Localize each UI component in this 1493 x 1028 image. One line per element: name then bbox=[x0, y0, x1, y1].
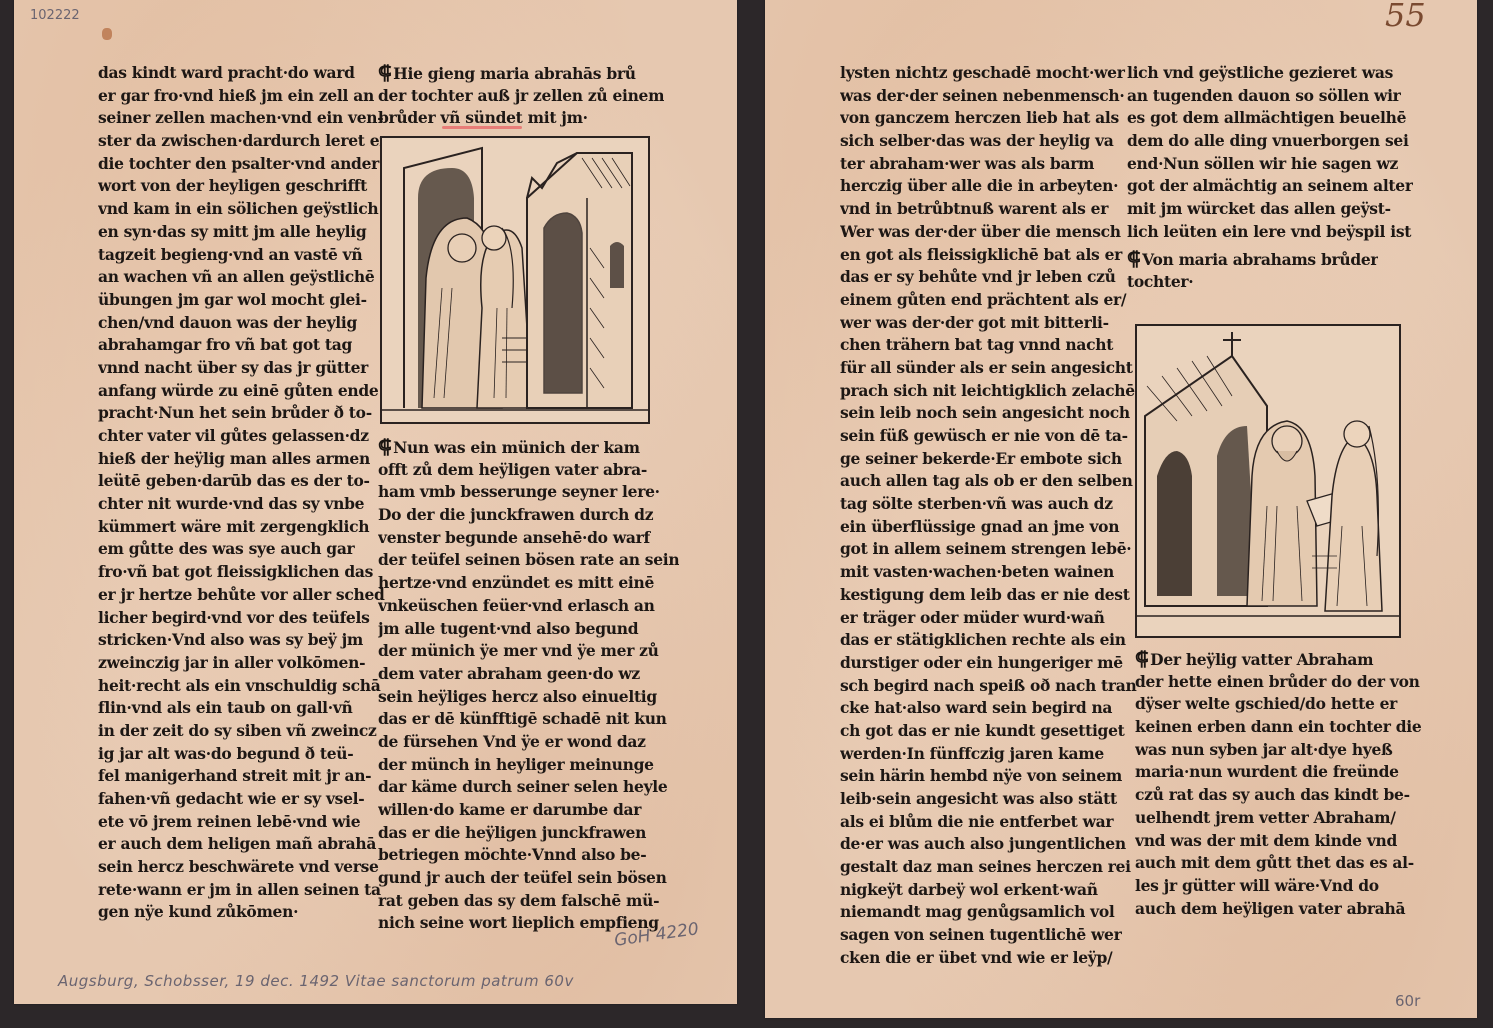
text-line: en syn·das sy mitt jm alle heylig bbox=[98, 221, 387, 244]
text-line: fro·vñ bat got fleissigklichen das bbox=[98, 561, 387, 584]
text-line: der teüfel seinen bösen rate an sein bbox=[378, 549, 679, 572]
text-line: chter nit wurde·vnd das sy vnbe bbox=[98, 493, 387, 516]
text-line: an tugenden dauon so söllen wir bbox=[1127, 85, 1413, 108]
text-line: sich selber·das was der heylig va bbox=[840, 130, 1137, 153]
text-line: pracht·Nun het sein brůder ð to- bbox=[98, 402, 387, 425]
text-line: was nun syben jar alt·dye hyeß bbox=[1135, 739, 1421, 762]
text-line: end·Nun söllen wir hie sagen wz bbox=[1127, 153, 1413, 176]
text-line: es got dem allmächtigen beuelhē bbox=[1127, 107, 1413, 130]
text-line: sein leib noch sein angesicht noch bbox=[840, 402, 1137, 425]
text-line: von ganczem herczen lieb hat als bbox=[840, 107, 1137, 130]
text-line: keinen erben dann ein tochter die bbox=[1135, 716, 1421, 739]
text-line: tochter· bbox=[1127, 271, 1378, 294]
text-line: seiner zellen machen·vnd ein ven- bbox=[98, 107, 387, 130]
text-line: rat geben das sy dem falschē mü- bbox=[378, 890, 679, 913]
text-line: gund jr auch der teüfel sein bösen bbox=[378, 867, 679, 890]
text-line: nigkeÿt darbeÿ wol erkent·wañ bbox=[840, 879, 1137, 902]
left-page-column-1: das kindt ward pracht·do warder gar fro·… bbox=[98, 62, 387, 924]
text-line: Wer was der·der über die mensch bbox=[840, 221, 1137, 244]
provenance-note: Augsburg, Schobsser, 19 dec. 1492 Vitae … bbox=[58, 972, 574, 990]
text-line: er träger oder müder wurd·wañ bbox=[840, 607, 1137, 630]
text-line: sein hercz beschwärete vnd verse bbox=[98, 856, 387, 879]
text-line: übungen jm gar wol mocht glei- bbox=[98, 289, 387, 312]
woodcut-illustration-hermit-embrace bbox=[380, 136, 650, 424]
text-line: got der almächtig an seinem alter bbox=[1127, 175, 1413, 198]
text-line: er jr hertze behůte vor aller sched bbox=[98, 584, 387, 607]
text-line: fel manigerhand streit mit jr an- bbox=[98, 765, 387, 788]
text-line: kestigung dem leib das er nie dest bbox=[840, 584, 1137, 607]
text-line: sein füß gewüsch er nie von dē ta- bbox=[840, 425, 1137, 448]
text-line: prach sich nit leichtigklich zelachē bbox=[840, 380, 1137, 403]
text-line: sch begird nach speiß oð nach tran bbox=[840, 675, 1137, 698]
text-line: der hette einen brůder do der von bbox=[1135, 671, 1421, 694]
text-line: ham vmb besserunge seyner lere· bbox=[378, 481, 679, 504]
text-line: got in allem seinem strengen lebē· bbox=[840, 538, 1137, 561]
paragraph-mark-icon: ⸿ bbox=[378, 436, 391, 458]
text-line: willen·do kame er darumbe dar bbox=[378, 799, 679, 822]
folio-pencil-note: 60r bbox=[1395, 992, 1420, 1010]
text-line: auch dem heÿligen vater abrahā bbox=[1135, 898, 1421, 921]
text-line: lich leüten ein lere vnd beÿspil ist bbox=[1127, 221, 1413, 244]
text-line: wort von der heyligen geschrifft bbox=[98, 175, 387, 198]
text-line: de·er was auch also jungentlichen bbox=[840, 833, 1137, 856]
right-page: 55 lysten nichtz geschadē mocht·werwas d… bbox=[765, 0, 1477, 1018]
text-line: herczig über alle die in arbeyten· bbox=[840, 175, 1137, 198]
text-line: vnd was der mit dem kinde vnd bbox=[1135, 830, 1421, 853]
text-line: venster begunde ansehē·do warf bbox=[378, 527, 679, 550]
text-line: zweinczig jar in aller volkōmen- bbox=[98, 652, 387, 675]
text-line: ter abraham·wer was als barm bbox=[840, 153, 1137, 176]
text-line: cke hat·also ward sein begird na bbox=[840, 697, 1137, 720]
text-line: was der·der seinen nebenmensch· bbox=[840, 85, 1137, 108]
text-line: für all sünder als er sein angesicht bbox=[840, 357, 1137, 380]
woodcut-illustration-hermit-and-maria bbox=[1135, 324, 1401, 638]
inventory-number: 102222 bbox=[30, 8, 80, 23]
left-page: 102222 das kindt ward pracht·do warder g… bbox=[14, 0, 737, 1004]
text-line: offt zů dem heÿligen vater abra- bbox=[378, 459, 679, 482]
text-line: ge seiner bekerde·Er embote sich bbox=[840, 448, 1137, 471]
text-line: das er stätigklichen rechte als ein bbox=[840, 629, 1137, 652]
text-line: ster da zwischen·dardurch leret er bbox=[98, 130, 387, 153]
text-line: abrahamgar fro vñ bat got tag bbox=[98, 334, 387, 357]
text-line: ein überflüssige gnad an jme von bbox=[840, 516, 1137, 539]
text-line: maria·nun wurdent die freünde bbox=[1135, 761, 1421, 784]
text-line: die tochter den psalter·vnd ander bbox=[98, 153, 387, 176]
text-line: niemandt mag genůgsamlich vol bbox=[840, 901, 1137, 924]
right-page-column-1: lysten nichtz geschadē mocht·werwas der·… bbox=[840, 62, 1137, 970]
left-page-column-2-body: ⸿Nun was ein münich der kamofft zů dem h… bbox=[378, 436, 679, 935]
ink-stain bbox=[102, 28, 112, 40]
text-line: einem gůten end prächtent als er/ bbox=[840, 289, 1137, 312]
text-line: er auch dem heligen mañ abrahā bbox=[98, 833, 387, 856]
text-line: Do der die junckfrawen durch dz bbox=[378, 504, 679, 527]
text-line: sein heÿliges hercz also einueltig bbox=[378, 686, 679, 709]
text-line: leütē geben·darūb das es der to- bbox=[98, 470, 387, 493]
text-line: betriegen möchte·Vnnd also be- bbox=[378, 844, 679, 867]
text-line: lich vnd geÿstliche gezieret was bbox=[1127, 62, 1413, 85]
rubric-underline bbox=[442, 126, 522, 129]
text-line: ig jar alt was·do begund ð teü- bbox=[98, 743, 387, 766]
text-line: an wachen vñ an allen geÿstlichē bbox=[98, 266, 387, 289]
text-line: dÿser welte gschied/do hette er bbox=[1135, 693, 1421, 716]
text-line: stricken·Vnd also was sy beÿ jm bbox=[98, 629, 387, 652]
text-line: rete·wann er jm in allen seinen ta bbox=[98, 879, 387, 902]
text-line: flin·vnd als ein taub on gall·vñ bbox=[98, 697, 387, 720]
text-line: ch got das er nie kundt gesettiget bbox=[840, 720, 1137, 743]
text-line: der tochter auß jr zellen zů einem bbox=[378, 85, 664, 108]
text-line: vnd kam in ein sölichen geÿstlich bbox=[98, 198, 387, 221]
text-line: mit jm würcket das allen geÿst- bbox=[1127, 198, 1413, 221]
text-line: anfang würde zu einē gůten ende bbox=[98, 380, 387, 403]
text-line: wer was der·der got mit bitterli- bbox=[840, 312, 1137, 335]
text-line: uelhendt jrem vetter Abraham/ bbox=[1135, 807, 1421, 830]
text-line: em gůtte des was sye auch gar bbox=[98, 538, 387, 561]
text-line: werden·In fünffczig jaren kame bbox=[840, 743, 1137, 766]
text-line: chter vater vil gůtes gelassen·dz bbox=[98, 425, 387, 448]
text-line: de fürsehen Vnd ÿe er wond daz bbox=[378, 731, 679, 754]
text-line: fahen·vñ gedacht wie er sy vsel- bbox=[98, 788, 387, 811]
text-line: ⸿Von maria abrahams brůder bbox=[1127, 248, 1378, 271]
right-page-column-2-top: lich vnd geÿstliche gezieret wasan tugen… bbox=[1127, 62, 1413, 244]
text-line: gen nÿe kund zůkōmen· bbox=[98, 901, 387, 924]
text-line: hieß der heÿlig man alles armen bbox=[98, 448, 387, 471]
text-line: vnnd nacht über sy das jr gütter bbox=[98, 357, 387, 380]
text-line: sein härin hembd nÿe von seinem bbox=[840, 765, 1137, 788]
text-line: vnd in betrůbtnuß warent als er bbox=[840, 198, 1137, 221]
text-line: das er dē künfftigē schadē nit kun bbox=[378, 708, 679, 731]
text-line: tagzeit begieng·vnd an vastē vñ bbox=[98, 244, 387, 267]
text-line: czů rat das sy auch das kindt be- bbox=[1135, 784, 1421, 807]
text-line: auch allen tag als ob er den selben bbox=[840, 470, 1137, 493]
paragraph-mark-icon: ⸿ bbox=[1127, 248, 1140, 270]
text-line: der münich ÿe mer vnd ÿe mer zů bbox=[378, 640, 679, 663]
paragraph-mark-icon: ⸿ bbox=[378, 62, 391, 84]
text-line: lysten nichtz geschadē mocht·wer bbox=[840, 62, 1137, 85]
folio-number-ink: 55 bbox=[1385, 0, 1426, 34]
text-line: chen/vnd dauon was der heylig bbox=[98, 312, 387, 335]
woodcut-image bbox=[382, 138, 648, 422]
text-line: auch mit dem gůtt thet das es al- bbox=[1135, 852, 1421, 875]
paragraph-mark-icon: ⸿ bbox=[1135, 648, 1148, 670]
right-page-column-2-body: ⸿Der heÿlig vatter Abrahamder hette eine… bbox=[1135, 648, 1421, 920]
text-line: hertze·vnd enzündet es mitt einē bbox=[378, 572, 679, 595]
right-page-column-2-heading: ⸿Von maria abrahams brůdertochter· bbox=[1127, 248, 1378, 293]
text-line: ete vō jrem reinen lebē·vnd wie bbox=[98, 811, 387, 834]
woodcut-image bbox=[1137, 326, 1399, 636]
text-line: ⸿Der heÿlig vatter Abraham bbox=[1135, 648, 1421, 671]
text-line: les jr gütter will wäre·Vnd do bbox=[1135, 875, 1421, 898]
text-line: dem vater abraham geen·do wz bbox=[378, 663, 679, 686]
text-line: chen trähern bat tag vnnd nacht bbox=[840, 334, 1137, 357]
text-line: gestalt daz man seines herczen rei bbox=[840, 856, 1137, 879]
text-line: vnkeüschen feüer·vnd erlasch an bbox=[378, 595, 679, 618]
text-line: licher begird·vnd vor des teüfels bbox=[98, 607, 387, 630]
text-line: kümmert wäre mit zergengklich bbox=[98, 516, 387, 539]
text-line: leib·sein angesicht was also stätt bbox=[840, 788, 1137, 811]
text-line: durstiger oder ein hungeriger mē bbox=[840, 652, 1137, 675]
text-line: das er die heÿligen junckfrawen bbox=[378, 822, 679, 845]
text-line: tag sölte sterben·vñ was auch dz bbox=[840, 493, 1137, 516]
text-line: sagen von seinen tugentlichē wer bbox=[840, 924, 1137, 947]
text-line: in der zeit do sy siben vñ zweincz bbox=[98, 720, 387, 743]
left-page-column-2-heading: ⸿Hie gieng maria abrahās brůder tochter … bbox=[378, 62, 664, 130]
text-line: jm alle tugent·vnd also begund bbox=[378, 618, 679, 641]
text-line: en got als fleissigklichē bat als er bbox=[840, 244, 1137, 267]
text-line: das kindt ward pracht·do ward bbox=[98, 62, 387, 85]
text-line: der münch in heyliger meinunge bbox=[378, 754, 679, 777]
text-line: dar käme durch seiner selen heyle bbox=[378, 776, 679, 799]
text-line: als ei blům die nie entferbet war bbox=[840, 811, 1137, 834]
text-line: cken die er übet vnd wie er leÿp/ bbox=[840, 947, 1137, 970]
text-line: das er sy behůte vnd jr leben czů bbox=[840, 266, 1137, 289]
text-line: er gar fro·vnd hieß jm ein zell an bbox=[98, 85, 387, 108]
text-line: ⸿Hie gieng maria abrahās brů bbox=[378, 62, 664, 85]
text-line: heit·recht als ein vnschuldig schā bbox=[98, 675, 387, 698]
text-line: mit vasten·wachen·beten wainen bbox=[840, 561, 1137, 584]
text-line: ⸿Nun was ein münich der kam bbox=[378, 436, 679, 459]
text-line: dem do alle ding vnuerborgen sei bbox=[1127, 130, 1413, 153]
